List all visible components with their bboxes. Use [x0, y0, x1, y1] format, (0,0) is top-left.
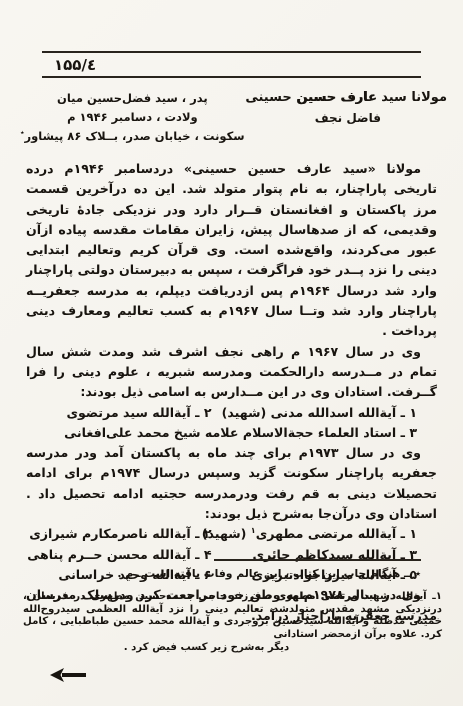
subject-name-bold: عارف حسین [296, 90, 376, 105]
najaf-teachers-row-1: ۱ ـ آیةالله اسدالله مدنی (شهید) ۲ ـ آیةا… [26, 403, 437, 423]
teacher-item: ۲ ـ آیةالله ناصرمکارم شیرازی [26, 524, 232, 544]
footnotes-section: ٭ ــ هنگام چاپ این کتاب ، این عالم وفات … [0, 559, 463, 655]
subject-name-suffix: حسینی [245, 90, 296, 105]
teacher-name: ۱ ـ آیةالله مرتضی مطهری [256, 526, 417, 541]
paragraph-birth: مولانا «سید عارف حسین حسینی» دردسامبر ۱۹… [26, 159, 437, 342]
subject-details: پدر ، سید فضل‌حسین میان ولادت ، دسامبر ۱… [16, 89, 249, 146]
footnote-star-text: ــ هنگام چاپ این کتاب ، این عالم وفات یا… [117, 567, 411, 580]
biography-text: مولانا «سید عارف حسین حسینی» دردسامبر ۱۹… [26, 159, 437, 626]
father-line: پدر ، سید فضل‌حسین میان [16, 89, 249, 108]
footnote-divider [214, 559, 421, 561]
birth-line: ولادت ، دسامبر ۱۹۴۶ م [16, 108, 249, 127]
teacher-item: ۱ ـ آیةالله اسدالله مدنی (شهید) [232, 403, 438, 423]
footnote-1-last-line: دیگر به‌شرح زیر کسب فیض کرد . [0, 642, 463, 655]
subject-name-prefix: مولانا سید [377, 90, 447, 105]
page-number: ۱۵۵/٤ [42, 53, 421, 76]
page-header: ۱۵۵/٤ [42, 51, 421, 78]
header-rule-bottom [42, 76, 421, 78]
bio-info-block: مولانا سید عارف حسین حسینی فاضل نجف پدر … [16, 89, 447, 146]
subject-name: مولانا سید عارف حسین حسینی [249, 90, 447, 105]
teacher-item: ۲ ـ آیةالله سید مرتضوی [26, 403, 232, 423]
scanned-book-page: ۱۵۵/٤ مولانا سید عارف حسین حسینی فاضل نج… [0, 0, 463, 706]
footnote-1: ۱ـ آیةالله شهید مرتضی مطهری ، فرزند حاجی… [23, 591, 442, 642]
subject-title: فاضل نجف [249, 111, 447, 125]
subject-name-block: مولانا سید عارف حسین حسینی فاضل نجف [249, 89, 447, 125]
footnote-1-lead: ۱ـ آیةالله شهید [358, 591, 443, 602]
footnote-star-marker: ٭ [415, 567, 421, 580]
residence-text: سکونت ، خیابان صدر، بــلاک ۸۶ پیشاور [24, 129, 244, 143]
footnote-star: ٭ ــ هنگام چاپ این کتاب ، این عالم وفات … [0, 567, 421, 580]
paragraph-qom: وی در سال ۱۹۷۳م برای چند ماه به پاکستان … [26, 443, 437, 524]
footnote-1-bold-name: مرتضی مطهری [276, 591, 357, 602]
teacher-item: ۳ ـ استاد العلماء حجةالاسلام علامه شیخ م… [26, 423, 437, 443]
residence-line: سکونت ، خیابان صدر، بــلاک ۸۶ پیشاور٭ [16, 127, 249, 146]
teacher-item: ۱ ـ آیةالله مرتضی مطهری۱ (شهید) [232, 524, 438, 544]
qom-teachers-row-1: ۱ ـ آیةالله مرتضی مطهری۱ (شهید) ۲ ـ آیةا… [26, 524, 437, 544]
left-arrow-icon [50, 667, 86, 683]
paragraph-najaf: وی در سال ۱۹۶۷ م راهی نجف اشرف شد ومدت ش… [26, 342, 437, 403]
